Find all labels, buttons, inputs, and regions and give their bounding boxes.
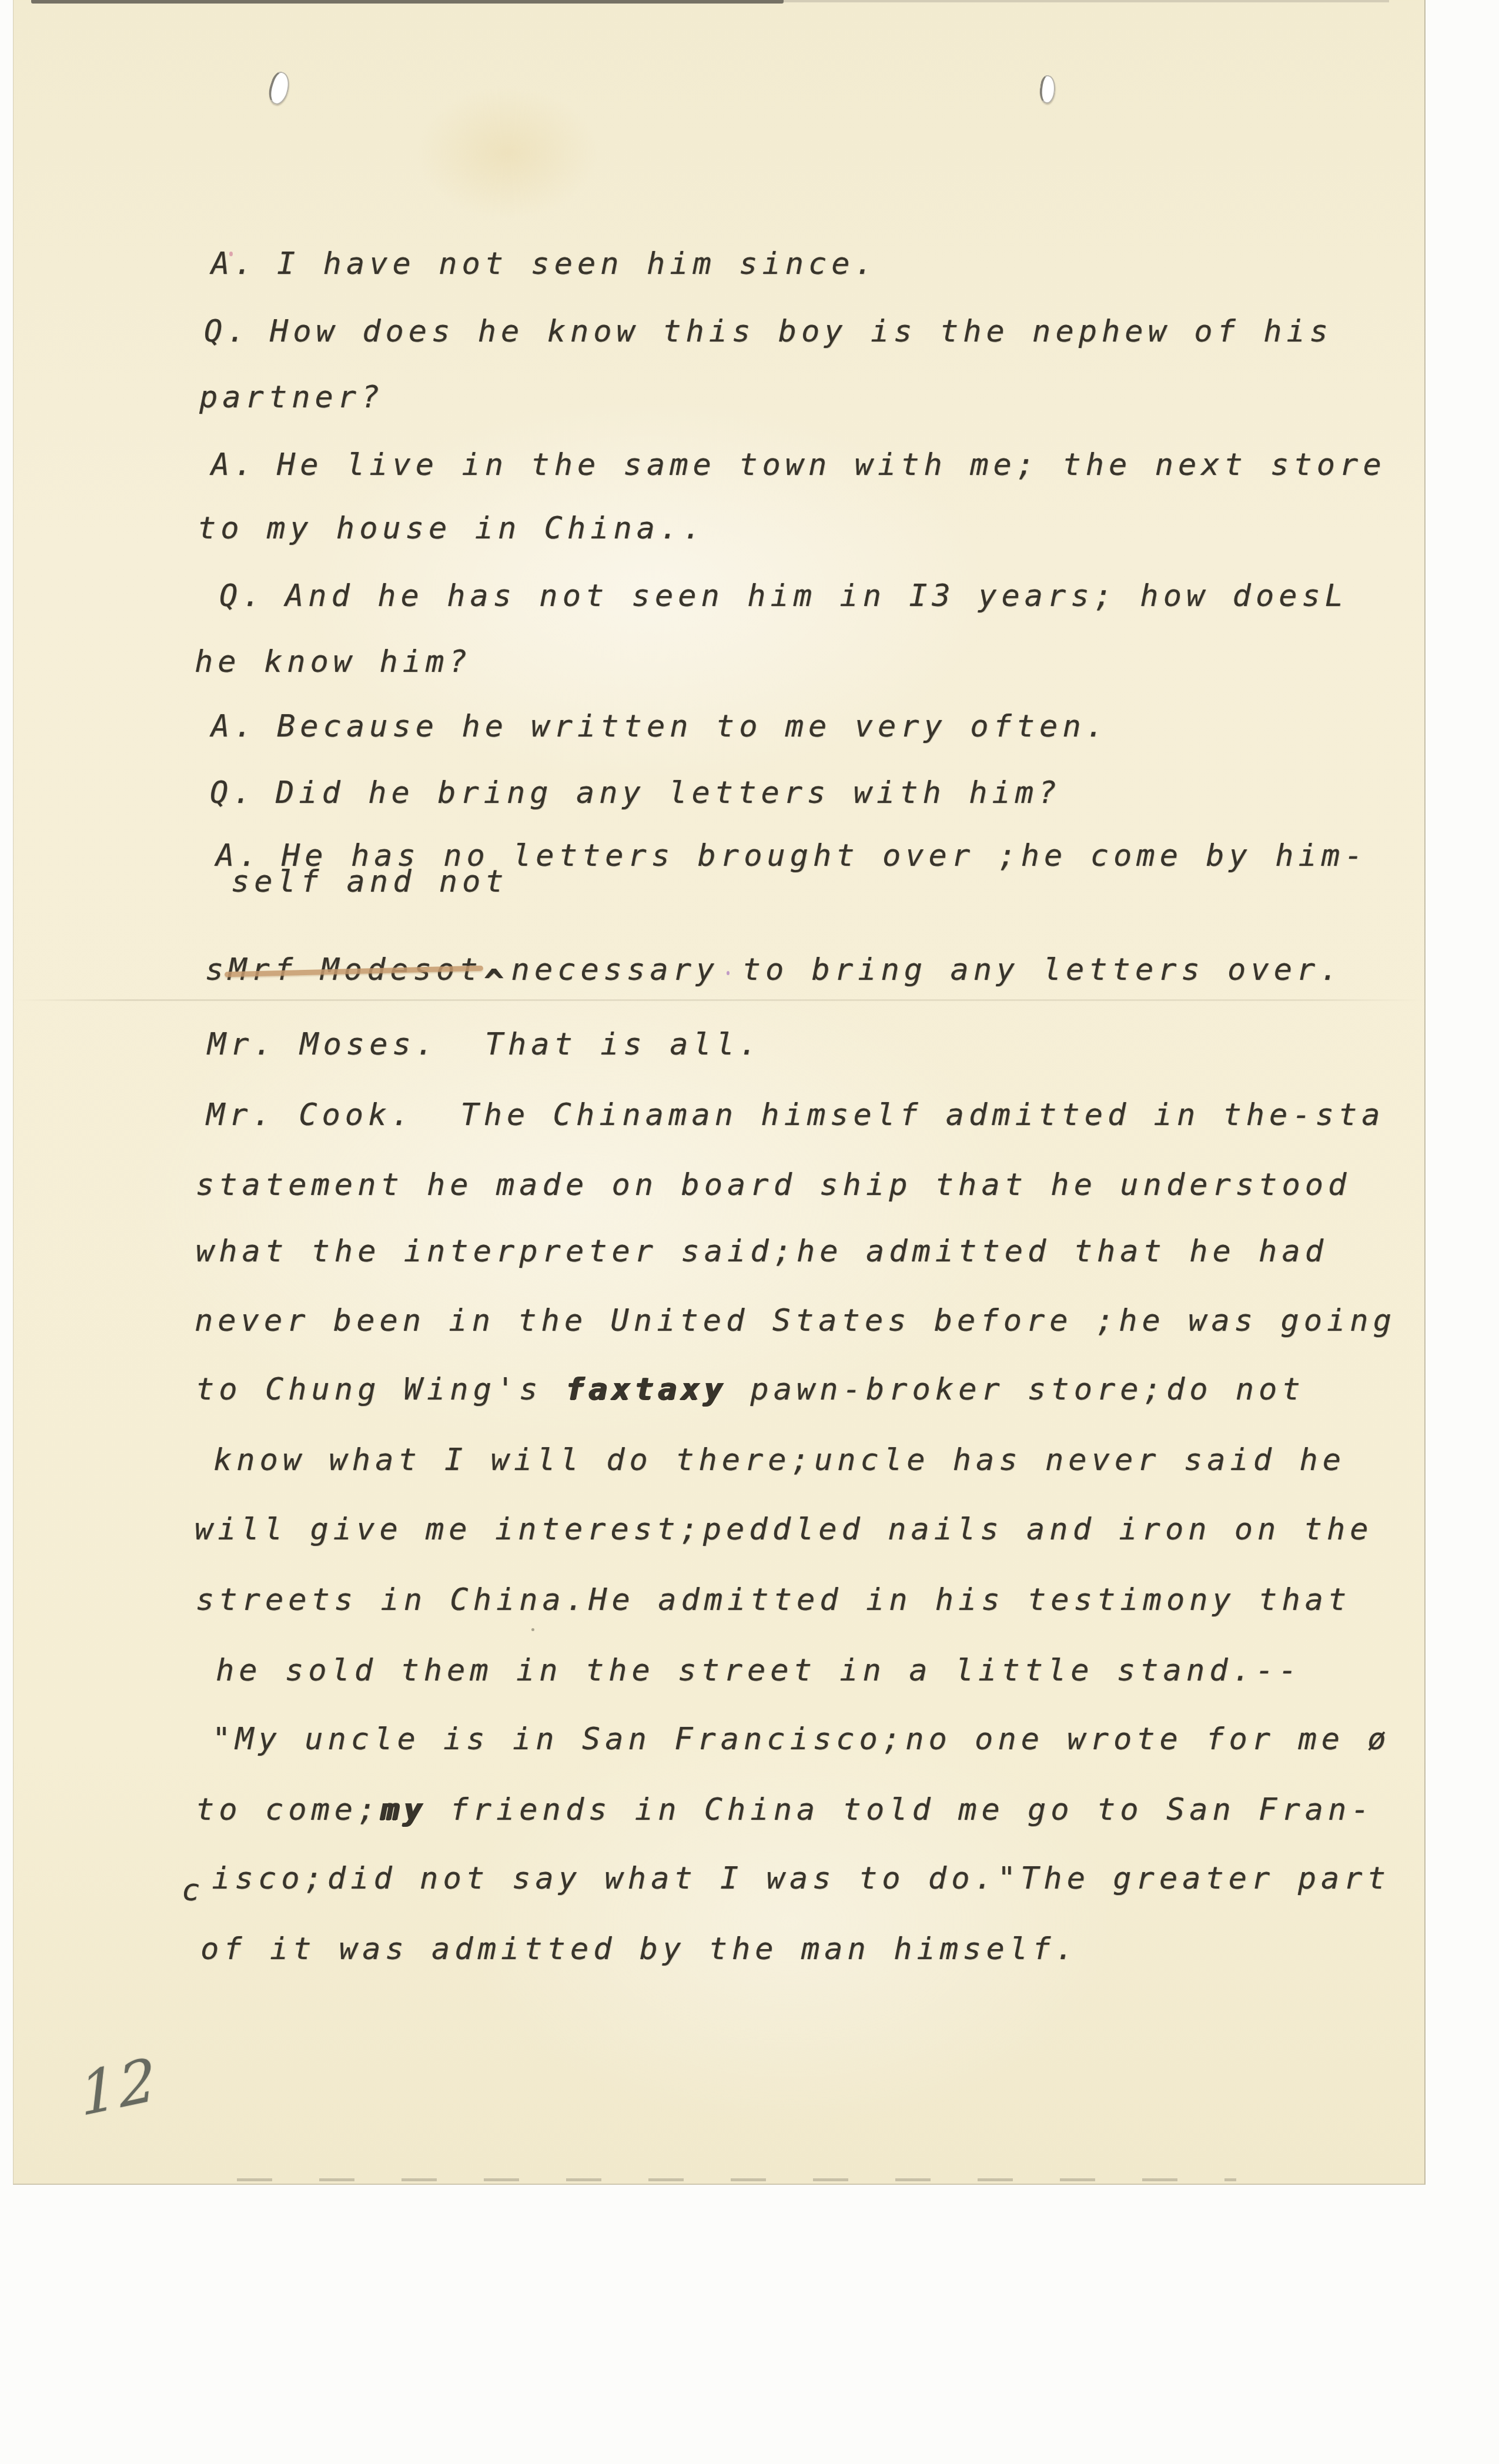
- screenshot-root: { "page": { "number": "12", "paper_color…: [0, 0, 1499, 2464]
- qa-label: A.: [211, 450, 277, 480]
- typewritten-text: to come;: [196, 1792, 380, 1827]
- typewritten-text: never been in the United States before ;…: [195, 1303, 1396, 1338]
- typewritten-text: Mr. Cook. The Chinaman himself admitted …: [206, 1097, 1385, 1133]
- overtyped-text: faxtaxy: [566, 1372, 727, 1407]
- typewritten-text: friends in China told me go to San Fran-: [427, 1792, 1374, 1827]
- typewritten-text: isco;did not say what I was to do."The g…: [212, 1861, 1390, 1896]
- text-line: will give me interest;peddled nails and …: [195, 1514, 1373, 1545]
- text-line: partner?: [199, 382, 384, 413]
- text-line: what the interpreter said;he admitted th…: [196, 1236, 1328, 1267]
- text-line: self and not: [231, 866, 508, 897]
- text-line: sMrf Modesot^necessary to bring any lett…: [205, 951, 1343, 985]
- struck-text: Mrf Modesot: [228, 952, 482, 987]
- typewritten-text: will give me interest;peddled nails and …: [195, 1512, 1373, 1547]
- page-number: 12: [78, 2044, 160, 2130]
- typewritten-text: Because he written to me very often.: [277, 709, 1109, 744]
- text-line: never been in the United States before ;…: [195, 1305, 1396, 1336]
- typewritten-text: He live in the same town with me; the ne…: [277, 447, 1386, 483]
- caret-insertion-mark: ^: [484, 965, 509, 999]
- document-page: A.I have not seen him since.Q.How does h…: [13, 0, 1426, 2185]
- typewritten-text: self and not: [231, 864, 508, 899]
- typewritten-text: I have not seen him since.: [277, 246, 878, 282]
- text-line: A.He live in the same town with me; the …: [211, 450, 1386, 480]
- typewritten-text: "My uncle is in San Francisco;no one wro…: [212, 1722, 1391, 1757]
- text-line: statement he made on board ship that he …: [196, 1170, 1351, 1200]
- typewritten-text: he know him?: [195, 644, 472, 679]
- typewritten-text: what the interpreter said;he admitted th…: [196, 1234, 1328, 1269]
- qa-label: A.: [211, 711, 277, 742]
- typewritten-text: And he has not seen him in I3 years; how…: [285, 578, 1348, 614]
- qa-label: Q.: [210, 778, 276, 808]
- text-line: Q.Did he bring any letters with him?: [210, 778, 1061, 808]
- text-line: know what I will do there;uncle has neve…: [213, 1445, 1346, 1475]
- paper-speck: [531, 1628, 534, 1631]
- typewritten-text: he sold them in the street in a little s…: [216, 1653, 1301, 1688]
- typewritten-text: streets in China.He admitted in his test…: [196, 1582, 1351, 1618]
- text-line: to my house in China..: [198, 513, 706, 544]
- text-line: Mr. Moses. That is all.: [208, 1029, 762, 1060]
- qa-label: Q.: [204, 316, 270, 347]
- text-line: A.Because he written to me very often.: [211, 711, 1109, 742]
- text-line: to Chung Wing's faxtaxy pawn-broker stor…: [196, 1374, 1305, 1405]
- typewritten-text: of it was admitted by the man himself.: [200, 1931, 1079, 1967]
- typewritten-text: to Chung Wing's: [196, 1372, 566, 1407]
- paper-crease: [14, 999, 1424, 1001]
- typewritten-text: Did he bring any letters with him?: [276, 775, 1061, 811]
- text-line: he know him?: [195, 647, 472, 677]
- text-line: "My uncle is in San Francisco;no one wro…: [212, 1724, 1391, 1755]
- paper-speck: [229, 252, 233, 256]
- typewritten-text: statement he made on board ship that he …: [196, 1167, 1351, 1203]
- scan-bottom-edge: [237, 2178, 1236, 2181]
- overtyped-text: my: [380, 1792, 427, 1827]
- text-line: to come;my friends in China told me go t…: [196, 1795, 1374, 1825]
- text-line: streets in China.He admitted in his test…: [196, 1585, 1351, 1615]
- scan-top-edge-dark: [31, 0, 784, 4]
- typewritten-text: How does he know this boy is the nephew …: [270, 314, 1333, 349]
- text-line: Q.And he has not seen him in I3 years; h…: [219, 581, 1348, 611]
- punch-hole-right: [1038, 74, 1057, 104]
- text-line: Mr. Cook. The Chinaman himself admitted …: [206, 1100, 1385, 1130]
- dropped-character: c: [182, 1875, 205, 1906]
- text-line: Q.How does he know this boy is the nephe…: [204, 316, 1333, 347]
- text-line: of it was admitted by the man himself.: [200, 1934, 1079, 1964]
- typewritten-text: to my house in China..: [198, 511, 706, 546]
- paper-speck: [727, 971, 730, 975]
- qa-label: A.: [211, 249, 277, 279]
- text-line: he sold them in the street in a little s…: [216, 1655, 1301, 1686]
- text-line: cisco;did not say what I was to do."The …: [182, 1863, 1390, 1894]
- typewritten-text: s: [205, 952, 228, 987]
- punch-hole-left: [265, 69, 293, 106]
- typewritten-text: pawn-broker store;do not: [727, 1372, 1305, 1407]
- typewritten-text: know what I will do there;uncle has neve…: [213, 1442, 1346, 1478]
- text-line: A.I have not seen him since.: [211, 249, 878, 279]
- qa-label: Q.: [219, 581, 285, 611]
- typewritten-text: partner?: [199, 380, 384, 415]
- scan-top-edge-light: [784, 0, 1389, 2]
- typewritten-text: Mr. Moses. That is all.: [208, 1027, 762, 1062]
- typewritten-text: necessary to bring any letters over.: [511, 952, 1343, 987]
